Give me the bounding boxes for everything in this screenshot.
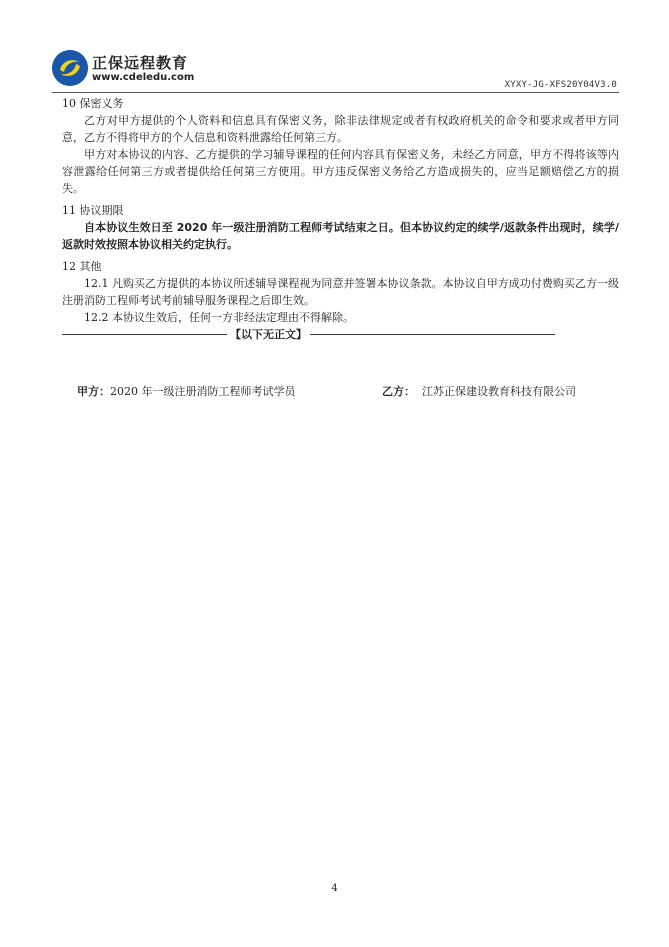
paragraph: 甲方对本协议的内容、乙方提供的学习辅导课程的任何内容具有保密义务，未经乙方同意，… <box>62 146 619 197</box>
document-code: XYXY-JG-XFS20Y04V3.0 <box>505 80 617 90</box>
party-a-signature: 甲方：2020 年一级注册消防工程师考试学员 <box>77 383 296 399</box>
party-b-value: 江苏正保建设教育科技有限公司 <box>422 385 576 398</box>
brand-name: 正保远程教育 <box>92 52 188 73</box>
page-number: 4 <box>0 883 669 894</box>
party-b-label: 乙方： <box>382 385 415 398</box>
section-title-other: 12 其他 <box>62 258 619 275</box>
party-a-value: 2020 年一级注册消防工程师考试学员 <box>110 385 296 398</box>
end-of-text-separator: 【以下无正文】 <box>62 326 619 343</box>
section-title-confidentiality: 10 保密义务 <box>62 95 619 112</box>
document-body: 10 保密义务 乙方对甲方提供的个人资料和信息具有保密义务，除非法律规定或者有权… <box>62 95 619 343</box>
cdeledu-logo-icon <box>52 50 88 86</box>
paragraph: 自本协议生效日至 2020 年一级注册消防工程师考试结束之日。但本协议约定的续学… <box>62 219 619 253</box>
header-divider <box>52 92 619 93</box>
brand-url: www.cdeledu.com <box>92 72 194 83</box>
section-title-term: 11 协议期限 <box>62 202 619 219</box>
paragraph: 12.1 凡购买乙方提供的本协议所述辅导课程视为同意并签署本协议条款。本协议自甲… <box>62 275 619 309</box>
party-a-label: 甲方： <box>77 385 110 398</box>
paragraph: 12.2 本协议生效后，任何一方非经法定理由不得解除。 <box>62 309 619 326</box>
paragraph: 乙方对甲方提供的个人资料和信息具有保密义务，除非法律规定或者有权政府机关的命令和… <box>62 112 619 146</box>
end-marker: 【以下无正文】 <box>227 326 310 343</box>
divider <box>62 334 227 335</box>
party-b-signature: 乙方： 江苏正保建设教育科技有限公司 <box>382 383 576 399</box>
divider <box>310 334 555 335</box>
page-header: 正保远程教育 www.cdeledu.com <box>52 50 582 92</box>
